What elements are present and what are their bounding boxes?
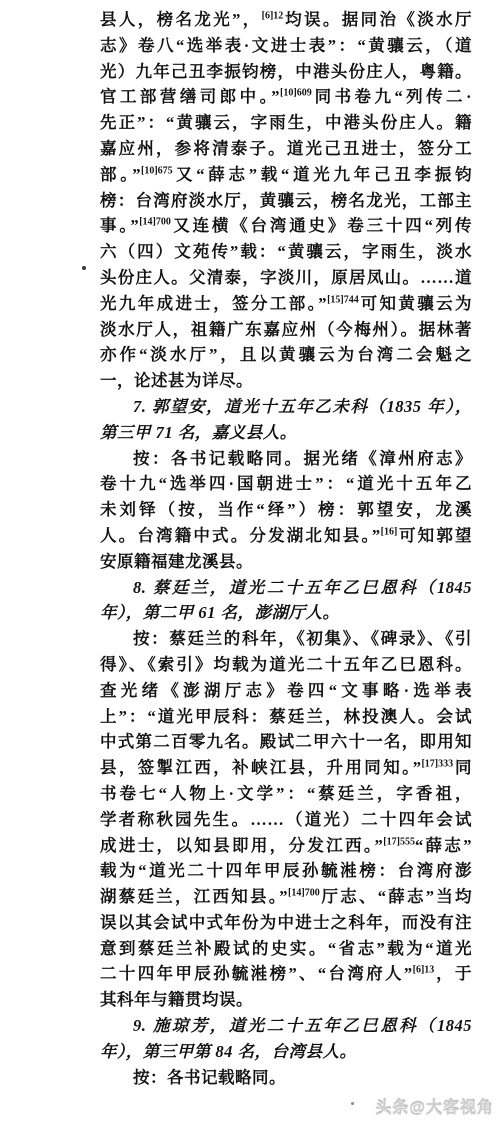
watermark: 头条@大客视角 — [375, 1095, 494, 1118]
text-line: 湖蔡廷兰，江西知县。”[14]700厅志、“薛志”当均 — [100, 884, 472, 910]
text-run: 榜：台湾府淡水厅，黄骧云，榜名龙光，工部主 — [100, 191, 472, 210]
text-line: 其科年与籍贯均误。 — [100, 987, 472, 1013]
footnote-ref: [10]609 — [280, 88, 312, 99]
book-page: 县人，榜名龙光”，[6]12均误。据同治《淡水厅志》卷八“选举表·文进士表”：“… — [0, 0, 500, 1126]
text-run: 同 — [453, 758, 472, 777]
text-run: 人。台湾籍中式。分发湖北知县。” — [100, 526, 381, 545]
text-run: 厅志、“薛志”当均 — [320, 887, 472, 906]
text-line: 二十四年甲辰孙毓溎榜”、“台湾府人”[6]13，于 — [100, 961, 472, 987]
text-line: 先正”：“黄骧云，字雨生，中港头份庄人。籍 — [100, 110, 472, 136]
text-run: 部。” — [100, 165, 141, 184]
text-run: 按：各书记载略同。据光绪《漳州府志》 — [133, 449, 472, 468]
text-line: 部。”[10]675又“薛志”载“道光九年己丑李振钧 — [100, 162, 472, 188]
text-line: 淡水厅人，祖籍广东嘉应州（今梅州）。据林著 — [100, 317, 472, 343]
text-line: 未刘铎（按，当作“绎”）榜：郭望安，龙溪 — [100, 497, 472, 523]
text-line: 8. 蔡廷兰，道光二十五年乙巳恩科（1845 — [100, 575, 472, 601]
text-run: 先正”：“黄骧云，字雨生，中港头份庄人。籍 — [100, 113, 472, 132]
text-run: 二十四年甲辰孙毓溎榜”、“台湾府人” — [100, 964, 413, 983]
text-run: 误以其会试中式年份为中进士之科年，而没有注 — [100, 913, 472, 932]
text-run: 得》、《索引》均载为道光二十五年乙巳恩科。 — [100, 655, 472, 674]
footnote-ref: [17]555 — [383, 836, 415, 847]
text-run: 书卷七“人物上·文学”：“蔡廷兰，字香祖， — [100, 784, 472, 803]
text-run: 又“薛志”载“道光九年己丑李振钧 — [173, 165, 472, 184]
text-run: 又连横《台湾通史》卷三十四“列传 — [171, 216, 472, 235]
text-column: 县人，榜名龙光”，[6]12均误。据同治《淡水厅志》卷八“选举表·文进士表”：“… — [100, 7, 472, 1090]
footnote-ref: [6]13 — [413, 965, 435, 976]
text-run: 卷十九“选举四·国朝进士”：“道光十五年乙 — [100, 474, 472, 493]
text-run: 可知郭望 — [397, 526, 472, 545]
text-run: 均误。据同治《淡水厅 — [283, 10, 472, 29]
text-line: 成进士，以知县即用，分发江西。”[17]555“薛志” — [100, 833, 472, 859]
text-run: 六（四）文苑传”载：“黄骧云，字雨生，淡水 — [100, 242, 472, 261]
text-line: 光九年成进士，签分工部。”[15]744可知黄骧云为 — [100, 291, 472, 317]
print-speck — [351, 1102, 354, 1105]
text-run: 查光绪《澎湖厅志》卷四“文事略·选举表 — [100, 681, 472, 700]
text-line: 查光绪《澎湖厅志》卷四“文事略·选举表 — [100, 678, 472, 704]
text-line: 9. 施琼芳，道光二十五年乙巳恩科（1845 — [100, 1013, 472, 1039]
text-run: 可知黄骧云为 — [359, 294, 472, 313]
text-run: 按：蔡廷兰的科年，《初集》、《碑录》、《引 — [133, 629, 472, 648]
text-run: 7. 郭望安，道光十五年乙未科（1835 年）， — [133, 397, 472, 416]
text-line: 县人，榜名龙光”，[6]12均误。据同治《淡水厅 — [100, 7, 472, 33]
text-run: 嘉应州，参将清泰子。道光己丑进士，签分工 — [100, 139, 472, 158]
text-run: 头份庄人。父清泰，字淡川，原居凤山。……道 — [100, 268, 472, 287]
text-line: 按：各书记载略同。 — [100, 1065, 472, 1091]
text-run: 第三甲 71 名，嘉义县人。 — [100, 423, 297, 442]
text-run: 事。” — [100, 216, 139, 235]
text-line: 县，签掣江西，补峡江县，升用同知。”[17]333同 — [100, 755, 472, 781]
footnote-ref: [16] — [381, 526, 398, 537]
text-line: 六（四）文苑传”载：“黄骧云，字雨生，淡水 — [100, 239, 472, 265]
text-run: 意到蔡廷兰补殿试的史实。“省志”载为“道光 — [100, 939, 472, 958]
text-run: 其科年与籍贯均误。 — [100, 990, 253, 1009]
text-run: 8. 蔡廷兰，道光二十五年乙巳恩科（1845 — [133, 578, 472, 597]
text-run: 湖蔡廷兰，江西知县。” — [100, 887, 288, 906]
text-line: 亦作“淡水厅”，且以黄骧云为台湾二会魁之 — [100, 342, 472, 368]
footnote-ref: [14]700 — [139, 217, 171, 228]
text-run: 载为“道光二十四年甲辰孙毓溎榜：台湾府澎 — [100, 861, 472, 880]
text-run: 未刘铎（按，当作“绎”）榜：郭望安，龙溪 — [100, 500, 472, 519]
text-run: 志》卷八“选举表·文进士表”：“黄骧云，（道 — [100, 36, 472, 55]
text-line: 头份庄人。父清泰，字淡川，原居凤山。……道 — [100, 265, 472, 291]
text-run: 年），第三甲第 84 名，台湾县人。 — [100, 1042, 357, 1061]
footnote-ref: [15]744 — [327, 294, 359, 305]
text-line: 官工部营缮司郎中。”[10]609同书卷九“列传二· — [100, 84, 472, 110]
footnote-ref: [17]333 — [421, 759, 453, 770]
text-line: 光）九年己丑李振钧榜，中港头份庄人，粤籍。 — [100, 59, 472, 85]
text-run: 9. 施琼芳，道光二十五年乙巳恩科（1845 — [133, 1016, 472, 1035]
text-line: 书卷七“人物上·文学”：“蔡廷兰，字香祖， — [100, 781, 472, 807]
text-run: 学者称秋园先生。……（道光）二十四年会试 — [100, 810, 472, 829]
footnote-ref: [6]12 — [262, 11, 284, 22]
text-line: 按：蔡廷兰的科年，《初集》、《碑录》、《引 — [100, 626, 472, 652]
text-run: 同书卷九“列传二· — [312, 87, 472, 106]
text-run: 年），第二甲 61 名，澎湖厅人。 — [100, 603, 340, 622]
text-line: 年），第三甲第 84 名，台湾县人。 — [100, 1039, 472, 1065]
text-run: 中式第二百零九名。殿试二甲六十一名，即用知 — [100, 732, 472, 751]
text-line: 按：各书记载略同。据光绪《漳州府志》 — [100, 446, 472, 472]
text-line: 卷十九“选举四·国朝进士”：“道光十五年乙 — [100, 471, 472, 497]
text-line: 载为“道光二十四年甲辰孙毓溎榜：台湾府澎 — [100, 858, 472, 884]
text-line: 7. 郭望安，道光十五年乙未科（1835 年）， — [100, 394, 472, 420]
text-line: 榜：台湾府淡水厅，黄骧云，榜名龙光，工部主 — [100, 188, 472, 214]
print-speck — [82, 266, 86, 270]
text-run: 县，签掣江西，补峡江县，升用同知。” — [100, 758, 421, 777]
text-line: 得》、《索引》均载为道光二十五年乙巳恩科。 — [100, 652, 472, 678]
text-line: 安原籍福建龙溪县。 — [100, 549, 472, 575]
text-line: 意到蔡廷兰补殿试的史实。“省志”载为“道光 — [100, 936, 472, 962]
text-run: ，于 — [434, 964, 472, 983]
text-run: 官工部营缮司郎中。” — [100, 87, 280, 106]
text-line: 事。”[14]700又连横《台湾通史》卷三十四“列传 — [100, 213, 472, 239]
footnote-ref: [14]700 — [288, 888, 320, 899]
text-line: 误以其会试中式年份为中进士之科年，而没有注 — [100, 910, 472, 936]
text-line: 志》卷八“选举表·文进士表”：“黄骧云，（道 — [100, 33, 472, 59]
text-line: 第三甲 71 名，嘉义县人。 — [100, 420, 472, 446]
text-run: “薛志” — [415, 836, 472, 855]
text-line: 上”：“道光甲辰科：蔡廷兰，林投澳人。会试 — [100, 704, 472, 730]
text-line: 一，论述甚为详尽。 — [100, 368, 472, 394]
text-line: 嘉应州，参将清泰子。道光己丑进士，签分工 — [100, 136, 472, 162]
text-run: 淡水厅人，祖籍广东嘉应州（今梅州）。据林著 — [100, 320, 472, 339]
text-run: 安原籍福建龙溪县。 — [100, 552, 253, 571]
text-line: 中式第二百零九名。殿试二甲六十一名，即用知 — [100, 729, 472, 755]
text-run: 光）九年己丑李振钧榜，中港头份庄人，粤籍。 — [100, 62, 472, 81]
text-run: 一，论述甚为详尽。 — [100, 371, 253, 390]
footnote-ref: [10]675 — [141, 165, 173, 176]
text-line: 人。台湾籍中式。分发湖北知县。”[16]可知郭望 — [100, 523, 472, 549]
text-line: 年），第二甲 61 名，澎湖厅人。 — [100, 600, 472, 626]
text-run: 县人，榜名龙光”， — [100, 10, 262, 29]
text-line: 学者称秋园先生。……（道光）二十四年会试 — [100, 807, 472, 833]
text-run: 亦作“淡水厅”，且以黄骧云为台湾二会魁之 — [100, 345, 472, 364]
text-run: 成进士，以知县即用，分发江西。” — [100, 836, 383, 855]
text-run: 光九年成进士，签分工部。” — [100, 294, 327, 313]
text-run: 按：各书记载略同。 — [133, 1068, 286, 1087]
text-run: 上”：“道光甲辰科：蔡廷兰，林投澳人。会试 — [100, 707, 472, 726]
